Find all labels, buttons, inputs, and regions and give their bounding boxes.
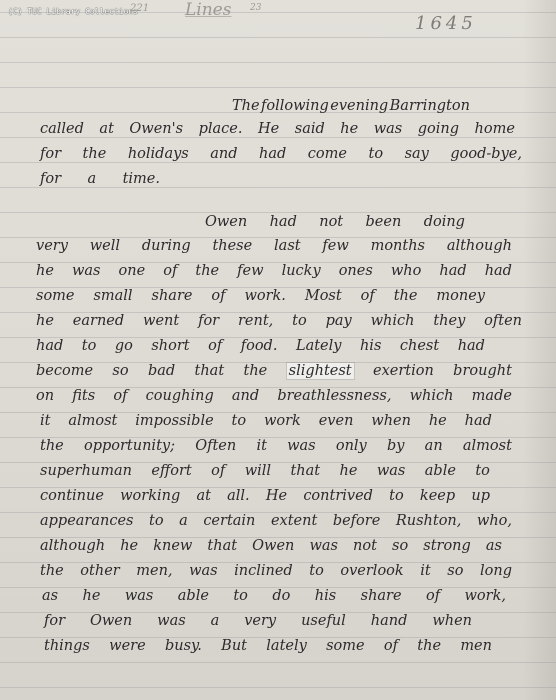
- manuscript-word: who,: [477, 513, 512, 529]
- manuscript-word: was: [309, 538, 338, 554]
- manuscript-word: all.: [227, 488, 250, 504]
- manuscript-word: contrived: [303, 488, 373, 504]
- manuscript-word: often: [484, 313, 522, 329]
- manuscript-word: he: [429, 413, 447, 429]
- manuscript-word: on: [36, 388, 54, 404]
- manuscript-word: of: [163, 263, 177, 279]
- manuscript-word: brought: [453, 363, 512, 379]
- manuscript-word: following: [261, 98, 329, 114]
- manuscript-word: share: [152, 288, 193, 304]
- manuscript-word: working: [120, 488, 180, 504]
- manuscript-word: busy.: [165, 638, 202, 654]
- manuscript-word: last: [274, 238, 301, 254]
- manuscript-word: were: [109, 638, 146, 654]
- manuscript-word: at: [99, 121, 113, 137]
- manuscript-word: to: [233, 588, 248, 604]
- manuscript-word: doing: [424, 214, 465, 230]
- manuscript-word: was: [72, 263, 101, 279]
- manuscript-word: of: [113, 388, 127, 404]
- manuscript-word: it: [420, 563, 430, 579]
- manuscript-word: continue: [40, 488, 104, 504]
- manuscript-line: italmostimpossibletoworkevenwhenhehad: [40, 413, 492, 429]
- manuscript-line: foratime.: [40, 171, 160, 187]
- manuscript-word: for: [40, 146, 61, 162]
- manuscript-word: become: [36, 363, 93, 379]
- manuscript-word: the: [40, 563, 64, 579]
- manuscript-word: short: [151, 338, 189, 354]
- manuscript-word: small: [93, 288, 132, 304]
- manuscript-word: a: [211, 613, 220, 629]
- manuscript-word: Often: [195, 438, 236, 454]
- manuscript-word: time.: [123, 171, 160, 187]
- manuscript-word: Most: [305, 288, 342, 304]
- manuscript-word: an: [425, 438, 443, 454]
- manuscript-word: they: [433, 313, 465, 329]
- manuscript-word: He: [258, 121, 279, 137]
- manuscript-word: ones: [339, 263, 373, 279]
- manuscript-line: onfitsofcoughingandbreathlessness,whichm…: [36, 388, 512, 404]
- manuscript-word: before: [333, 513, 380, 529]
- manuscript-word: had: [439, 263, 466, 279]
- manuscript-word: a: [179, 513, 188, 529]
- manuscript-word: it: [40, 413, 50, 429]
- manuscript-word: home: [475, 121, 515, 137]
- manuscript-word: when: [371, 413, 411, 429]
- manuscript-word: holidays: [128, 146, 189, 162]
- manuscript-word: was: [374, 121, 403, 137]
- manuscript-word: superhuman: [40, 463, 132, 479]
- manuscript-word: he: [340, 121, 358, 137]
- manuscript-word: able: [425, 463, 456, 479]
- manuscript-word: of: [384, 638, 398, 654]
- manuscript-word: well: [90, 238, 120, 254]
- manuscript-word: lately: [266, 638, 307, 654]
- manuscript-word: coughing: [146, 388, 214, 404]
- manuscript-word: chest: [400, 338, 439, 354]
- manuscript-word: very: [244, 613, 276, 629]
- manuscript-line: continueworkingatall.Hecontrivedtokeepup: [40, 488, 490, 504]
- manuscript-line: thingswerebusy.Butlatelysomeofthemen: [44, 638, 492, 654]
- manuscript-word: inclined: [234, 563, 293, 579]
- manuscript-word: to: [369, 146, 384, 162]
- manuscript-word: some: [36, 288, 75, 304]
- manuscript-word: one: [119, 263, 146, 279]
- manuscript-word: food.: [241, 338, 278, 354]
- manuscript-word: work: [264, 413, 301, 429]
- manuscript-line: verywellduringtheselastfewmonthsalthough: [36, 238, 512, 254]
- manuscript-word: been: [366, 214, 402, 230]
- manuscript-word: was: [157, 613, 186, 629]
- manuscript-word: going: [418, 121, 459, 137]
- manuscript-word: breathlessness,: [277, 388, 391, 404]
- manuscript-word: for: [198, 313, 219, 329]
- manuscript-word: the: [40, 438, 64, 454]
- manuscript-word: during: [142, 238, 191, 254]
- pencil-ref-number: 23: [250, 3, 261, 13]
- manuscript-word: that: [207, 538, 237, 554]
- manuscript-line: calledatOwen'splace.Hesaidhewasgoinghome: [40, 121, 515, 137]
- manuscript-word: few: [237, 263, 263, 279]
- manuscript-word: overlook: [340, 563, 403, 579]
- manuscript-word: he: [83, 588, 101, 604]
- manuscript-word: not: [353, 538, 377, 554]
- manuscript-word: opportunity;: [84, 438, 175, 454]
- manuscript-word: work,: [465, 588, 506, 604]
- manuscript-word: not: [319, 214, 343, 230]
- pencil-ref-small: 221: [130, 3, 149, 14]
- manuscript-word: keep: [420, 488, 455, 504]
- manuscript-word: extent: [271, 513, 317, 529]
- manuscript-word: so: [447, 563, 463, 579]
- manuscript-line: superhumaneffortofwillthathewasableto: [40, 463, 490, 479]
- manuscript-line: althoughheknewthatOwenwasnotsostrongas: [40, 538, 502, 554]
- manuscript-word: by: [387, 438, 404, 454]
- manuscript-line: ashewasabletodohisshareofwork,: [42, 588, 506, 604]
- manuscript-word: appearances: [40, 513, 134, 529]
- manuscript-word: to: [389, 488, 404, 504]
- manuscript-word: was: [287, 438, 316, 454]
- manuscript-word: of: [361, 288, 375, 304]
- manuscript-word: as: [486, 538, 502, 554]
- manuscript-word: said: [295, 121, 325, 137]
- manuscript-page: (C) TUC Library Collections 221 Lines 23…: [0, 0, 556, 700]
- manuscript-word: long: [480, 563, 512, 579]
- manuscript-word: had: [465, 413, 492, 429]
- manuscript-word: Barrington: [390, 98, 470, 114]
- manuscript-word: had: [485, 263, 512, 279]
- manuscript-word: who: [391, 263, 421, 279]
- manuscript-line: hadtogoshortoffood.Latelyhischesthad: [36, 338, 485, 354]
- manuscript-line: theothermen,wasinclinedtooverlookitsolon…: [40, 563, 512, 579]
- manuscript-word: knew: [153, 538, 192, 554]
- manuscript-word: other: [80, 563, 119, 579]
- manuscript-word: a: [87, 171, 96, 187]
- manuscript-word: and: [210, 146, 237, 162]
- manuscript-word: Owen: [205, 214, 247, 230]
- manuscript-line: appearancestoacertainextentbeforeRushton…: [40, 513, 512, 529]
- manuscript-word: the: [244, 363, 268, 379]
- manuscript-word: very: [36, 238, 68, 254]
- manuscript-word: he: [36, 263, 54, 279]
- manuscript-word: bad: [148, 363, 175, 379]
- manuscript-word: although: [447, 238, 512, 254]
- manuscript-word: Owen: [252, 538, 294, 554]
- manuscript-word: which: [410, 388, 454, 404]
- manuscript-word: will: [245, 463, 271, 479]
- manuscript-word: hand: [371, 613, 408, 629]
- manuscript-word: and: [232, 388, 259, 404]
- manuscript-word: almost: [463, 438, 512, 454]
- manuscript-word: had: [458, 338, 485, 354]
- manuscript-line: forOwenwasaveryusefulhandwhen: [44, 613, 472, 629]
- manuscript-word: he: [120, 538, 138, 554]
- manuscript-word: Owen: [90, 613, 132, 629]
- manuscript-word: the: [417, 638, 441, 654]
- manuscript-word: he: [340, 463, 358, 479]
- manuscript-word: it: [256, 438, 266, 454]
- manuscript-word: impossible: [135, 413, 213, 429]
- manuscript-word: called: [40, 121, 84, 137]
- manuscript-word: had: [259, 146, 286, 162]
- manuscript-word: to: [292, 313, 307, 329]
- manuscript-word: Rushton,: [396, 513, 462, 529]
- manuscript-word: able: [178, 588, 209, 604]
- manuscript-word: only: [336, 438, 367, 454]
- manuscript-word: almost: [68, 413, 117, 429]
- manuscript-word: rent,: [238, 313, 273, 329]
- manuscript-word: as: [42, 588, 58, 604]
- manuscript-line: ThefollowingeveningBarrington: [232, 98, 470, 114]
- manuscript-word: go: [115, 338, 133, 354]
- manuscript-word: certain: [203, 513, 255, 529]
- manuscript-word: was: [189, 563, 218, 579]
- folio-number: 1645: [415, 13, 477, 34]
- manuscript-word: lucky: [282, 263, 321, 279]
- manuscript-word: was: [125, 588, 154, 604]
- manuscript-word: share: [361, 588, 402, 604]
- manuscript-word: to: [232, 413, 247, 429]
- manuscript-word: evening: [330, 98, 388, 114]
- manuscript-line: becomesobadthattheslightestexertionbroug…: [36, 363, 512, 379]
- manuscript-line: somesmallshareofwork.Mostofthemoney: [36, 288, 485, 304]
- manuscript-word: work.: [244, 288, 285, 304]
- manuscript-word: for: [40, 171, 61, 187]
- manuscript-word: these: [212, 238, 252, 254]
- manuscript-word: that: [195, 363, 225, 379]
- manuscript-word: things: [44, 638, 90, 654]
- pencil-ref-name: Lines: [185, 0, 231, 20]
- manuscript-word: few: [322, 238, 348, 254]
- manuscript-word: his: [360, 338, 381, 354]
- manuscript-word: to: [149, 513, 164, 529]
- manuscript-word: for: [44, 613, 65, 629]
- manuscript-word: months: [371, 238, 425, 254]
- manuscript-word: the: [83, 146, 107, 162]
- manuscript-word: good-bye,: [450, 146, 522, 162]
- manuscript-word: at: [196, 488, 210, 504]
- manuscript-word: money: [436, 288, 485, 304]
- manuscript-word: when: [432, 613, 472, 629]
- manuscript-word: earned: [73, 313, 124, 329]
- manuscript-line: theopportunity;Oftenitwasonlybyanalmost: [40, 438, 512, 454]
- manuscript-word: so: [392, 538, 408, 554]
- manuscript-word: do: [272, 588, 290, 604]
- manuscript-word: of: [211, 288, 225, 304]
- manuscript-word: But: [221, 638, 247, 654]
- manuscript-word: He: [266, 488, 287, 504]
- manuscript-word: useful: [301, 613, 346, 629]
- manuscript-line: Owenhadnotbeendoing: [205, 214, 465, 230]
- manuscript-line: heearnedwentforrent,topaywhichtheyoften: [36, 313, 522, 329]
- manuscript-word: say: [405, 146, 429, 162]
- manuscript-word: was: [377, 463, 406, 479]
- manuscript-word: exertion: [373, 363, 434, 379]
- manuscript-word: Lately: [296, 338, 342, 354]
- manuscript-word: men: [460, 638, 492, 654]
- manuscript-word: effort: [151, 463, 191, 479]
- manuscript-word: went: [143, 313, 179, 329]
- manuscript-word: his: [315, 588, 336, 604]
- manuscript-word: The: [232, 98, 260, 114]
- manuscript-word: made: [472, 388, 512, 404]
- manuscript-word: to: [82, 338, 97, 354]
- manuscript-word: fits: [72, 388, 95, 404]
- manuscript-word: some: [326, 638, 365, 654]
- manuscript-word: although: [40, 538, 105, 554]
- manuscript-word: of: [208, 338, 222, 354]
- manuscript-word: strong: [423, 538, 471, 554]
- manuscript-word: even: [319, 413, 354, 429]
- manuscript-word: had: [270, 214, 297, 230]
- manuscript-word: pay: [326, 313, 352, 329]
- manuscript-word: Owen's: [129, 121, 183, 137]
- manuscript-line: fortheholidaysandhadcometosaygood-bye,: [40, 146, 522, 162]
- manuscript-word: come: [308, 146, 347, 162]
- manuscript-word: he: [36, 313, 54, 329]
- manuscript-word: up: [471, 488, 490, 504]
- manuscript-word: so: [112, 363, 128, 379]
- manuscript-line: hewasoneofthefewluckyoneswhohadhad: [36, 263, 512, 279]
- manuscript-word: that: [290, 463, 320, 479]
- manuscript-word: to: [309, 563, 324, 579]
- manuscript-word: of: [426, 588, 440, 604]
- manuscript-word: which: [371, 313, 415, 329]
- manuscript-word: of: [211, 463, 225, 479]
- manuscript-word: men,: [136, 563, 172, 579]
- manuscript-word: the: [394, 288, 418, 304]
- manuscript-word: place.: [199, 121, 243, 137]
- copyright-watermark: (C) TUC Library Collections: [8, 7, 138, 16]
- manuscript-word: had: [36, 338, 63, 354]
- manuscript-word: the: [195, 263, 219, 279]
- manuscript-word: to: [475, 463, 490, 479]
- manuscript-word: slightest: [287, 363, 354, 379]
